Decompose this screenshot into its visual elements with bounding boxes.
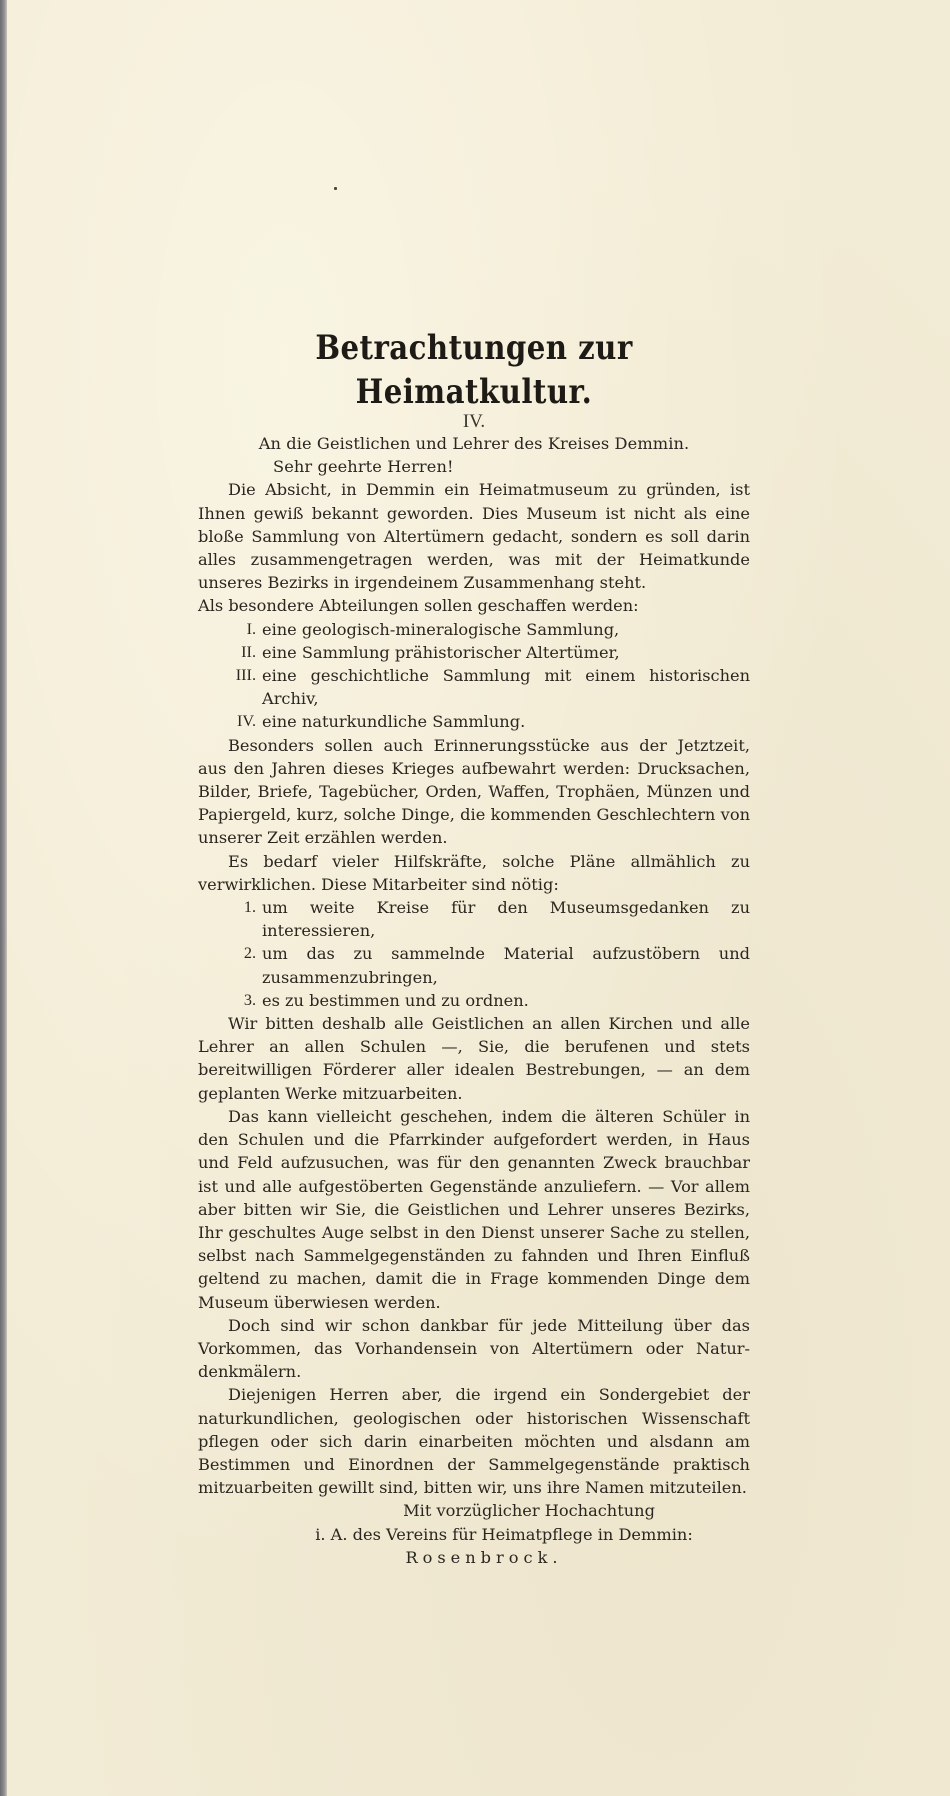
salutation: Sehr geehrte Herren! xyxy=(198,455,750,478)
paragraph-specialists: Diejenigen Herren aber, die irgend ein S… xyxy=(198,1383,750,1499)
closing-block: Mit vorzüglicher Hochachtung i. A. des V… xyxy=(198,1499,750,1569)
paragraph-intro: Die Absicht, in Demmin ein Heimatmuseum … xyxy=(198,478,750,594)
paragraph-gratitude: Doch sind wir schon dankbar für jede Mit… xyxy=(198,1314,750,1384)
paragraph-request: Wir bitten deshalb alle Geistlichen an a… xyxy=(198,1012,750,1105)
list-item: 1. um weite Kreise für den Museumsgedank… xyxy=(198,896,750,942)
helpers-list: 1. um weite Kreise für den Museumsgedank… xyxy=(198,896,750,1012)
paper-speck xyxy=(334,187,337,190)
paragraph-departments-intro: Als besondere Abteilungen sollen geschaf… xyxy=(198,594,750,617)
list-number: IV. xyxy=(198,710,262,733)
signature: Rosenbrock. xyxy=(198,1546,750,1569)
list-item: IV. eine naturkundliche Sammlung. xyxy=(198,710,750,733)
list-text: eine geologisch-mineralogische Sammlung, xyxy=(262,618,750,641)
list-item: III. eine geschichtliche Sammlung mit ei… xyxy=(198,664,750,710)
paragraph-helpers-intro: Es bedarf vieler Hilfskräfte, solche Plä… xyxy=(198,850,750,896)
departments-list: I. eine geologisch-mineralogische Sammlu… xyxy=(198,618,750,734)
document-title: Betrachtungen zur Heimatkultur. xyxy=(237,326,712,414)
list-text: um weite Kreise für den Museumsgedanken … xyxy=(262,896,750,942)
list-text: eine naturkundliche Sammlung. xyxy=(262,710,750,733)
list-text: es zu bestimmen und zu ordnen. xyxy=(262,989,750,1012)
list-text: eine Sammlung prähistorischer Altertümer… xyxy=(262,641,750,664)
list-text: eine geschichtliche Sammlung mit einem h… xyxy=(262,664,750,710)
paragraph-war-items: Besonders sollen auch Erinnerungsstücke … xyxy=(198,734,750,850)
closing-on-behalf: i. A. des Vereins für Heimatpflege in De… xyxy=(198,1523,750,1546)
list-number: 3. xyxy=(198,989,262,1012)
scan-edge-shadow xyxy=(0,0,7,1796)
list-number: 1. xyxy=(198,896,262,942)
list-item: 2. um das zu sammelnde Material aufzustö… xyxy=(198,942,750,988)
list-item: I. eine geologisch-mineralogische Sammlu… xyxy=(198,618,750,641)
list-number: I. xyxy=(198,618,262,641)
part-numeral: IV. xyxy=(198,412,750,432)
document-page: Betrachtungen zur Heimatkultur. IV. An d… xyxy=(198,326,750,1569)
list-item: 3. es zu bestimmen und zu ordnen. xyxy=(198,989,750,1012)
list-number: III. xyxy=(198,664,262,710)
list-item: II. eine Sammlung prähistorischer Altert… xyxy=(198,641,750,664)
closing-greeting: Mit vorzüglicher Hochachtung xyxy=(198,1499,750,1522)
list-text: um das zu sammelnde Material aufzustöber… xyxy=(262,942,750,988)
list-number: 2. xyxy=(198,942,262,988)
list-number: II. xyxy=(198,641,262,664)
addressee-line: An die Geistlichen und Lehrer des Kreise… xyxy=(198,432,750,455)
paragraph-method: Das kann vielleicht geschehen, indem die… xyxy=(198,1105,750,1314)
